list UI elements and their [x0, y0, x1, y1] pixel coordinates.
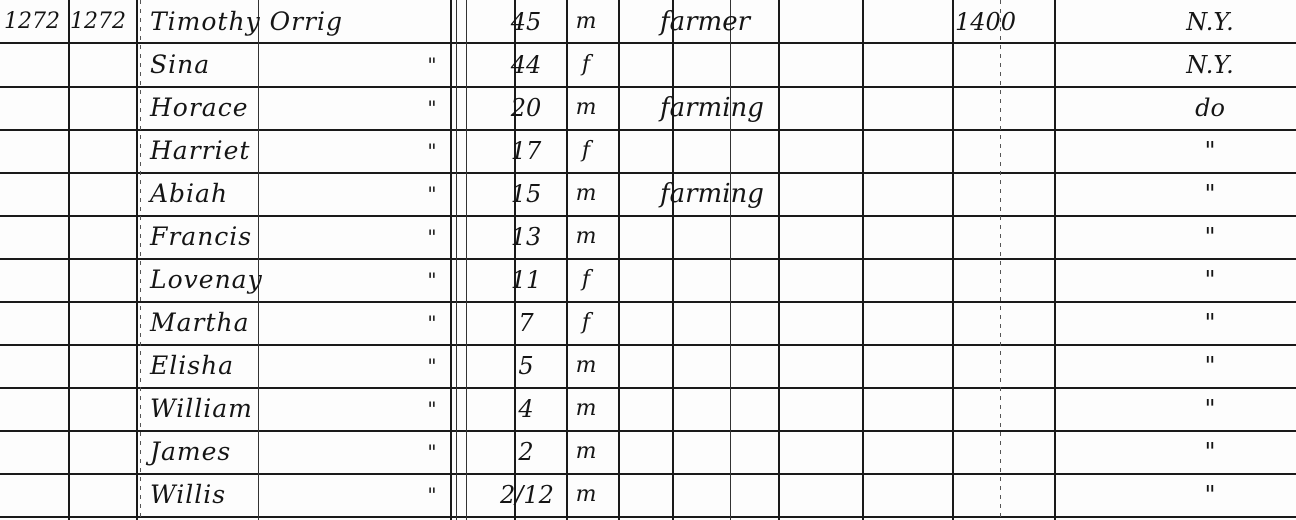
- census-row: Francis " 13 m ": [0, 215, 1296, 258]
- real-estate-value: 1400: [955, 4, 1055, 40]
- real-estate-value: [955, 176, 1055, 212]
- age: 2/12: [500, 477, 552, 513]
- surname-ditto-mark: [412, 4, 452, 40]
- sex: f: [560, 47, 612, 83]
- surname-ditto-mark: ": [412, 262, 452, 298]
- surname-ditto-mark: ": [412, 90, 452, 126]
- dwelling-number: [4, 477, 62, 513]
- family-number: [70, 133, 128, 169]
- census-row: Willis " 2/12 m ": [0, 473, 1296, 516]
- birthplace: ": [1150, 176, 1270, 212]
- dwelling-number: [4, 348, 62, 384]
- person-name: Horace: [150, 90, 410, 126]
- occupation: [660, 348, 900, 384]
- birthplace: ": [1150, 305, 1270, 341]
- age: 5: [500, 348, 552, 384]
- birthplace: ": [1150, 391, 1270, 427]
- dwelling-number: [4, 434, 62, 470]
- surname-ditto-mark: ": [412, 305, 452, 341]
- census-row: Abiah " 15 m farming ": [0, 172, 1296, 215]
- person-name: Timothy Orrig: [150, 4, 410, 40]
- dwelling-number: [4, 262, 62, 298]
- occupation: [660, 391, 900, 427]
- real-estate-value: [955, 434, 1055, 470]
- age: 4: [500, 391, 552, 427]
- occupation: [660, 305, 900, 341]
- age: 2: [500, 434, 552, 470]
- age: 20: [500, 90, 552, 126]
- census-row: Martha " 7 f ": [0, 301, 1296, 344]
- person-name: Willis: [150, 477, 410, 513]
- real-estate-value: [955, 305, 1055, 341]
- rule-line: [0, 516, 1296, 518]
- census-page: 1272 1272 Timothy Orrig 45 m farmer 1400…: [0, 0, 1296, 520]
- real-estate-value: [955, 262, 1055, 298]
- birthplace: ": [1150, 434, 1270, 470]
- surname-ditto-mark: ": [412, 133, 452, 169]
- age: 11: [500, 262, 552, 298]
- dwelling-number: [4, 47, 62, 83]
- person-name: Harriet: [150, 133, 410, 169]
- age: 13: [500, 219, 552, 255]
- surname-ditto-mark: ": [412, 434, 452, 470]
- census-row: Lovenay " 11 f ": [0, 258, 1296, 301]
- age: 45: [500, 4, 552, 40]
- person-name: William: [150, 391, 410, 427]
- family-number: [70, 391, 128, 427]
- family-number: [70, 176, 128, 212]
- occupation: [660, 133, 900, 169]
- surname-ditto-mark: ": [412, 477, 452, 513]
- family-number: 1272: [70, 4, 128, 40]
- occupation: [660, 47, 900, 83]
- birthplace: ": [1150, 133, 1270, 169]
- surname-ditto-mark: ": [412, 219, 452, 255]
- real-estate-value: [955, 391, 1055, 427]
- birthplace: do: [1150, 90, 1270, 126]
- dwelling-number: [4, 219, 62, 255]
- person-name: Abiah: [150, 176, 410, 212]
- real-estate-value: [955, 133, 1055, 169]
- dwelling-number: [4, 90, 62, 126]
- occupation: [660, 434, 900, 470]
- family-number: [70, 262, 128, 298]
- family-number: [70, 90, 128, 126]
- sex: m: [560, 176, 612, 212]
- surname-ditto-mark: ": [412, 348, 452, 384]
- surname-ditto-mark: ": [412, 391, 452, 427]
- person-name: Martha: [150, 305, 410, 341]
- real-estate-value: [955, 90, 1055, 126]
- person-name: James: [150, 434, 410, 470]
- sex: f: [560, 262, 612, 298]
- sex: m: [560, 4, 612, 40]
- census-row: Harriet " 17 f ": [0, 129, 1296, 172]
- occupation: [660, 219, 900, 255]
- real-estate-value: [955, 219, 1055, 255]
- sex: m: [560, 391, 612, 427]
- dwelling-number: 1272: [4, 4, 62, 40]
- dwelling-number: [4, 133, 62, 169]
- occupation: farming: [660, 90, 900, 126]
- real-estate-value: [955, 47, 1055, 83]
- family-number: [70, 477, 128, 513]
- birthplace: ": [1150, 348, 1270, 384]
- age: 7: [500, 305, 552, 341]
- dwelling-number: [4, 176, 62, 212]
- occupation: [660, 262, 900, 298]
- birthplace: ": [1150, 219, 1270, 255]
- census-row: Horace " 20 m farming do: [0, 86, 1296, 129]
- birthplace: N.Y.: [1150, 4, 1270, 40]
- dwelling-number: [4, 391, 62, 427]
- sex: m: [560, 477, 612, 513]
- birthplace: ": [1150, 262, 1270, 298]
- real-estate-value: [955, 477, 1055, 513]
- sex: f: [560, 305, 612, 341]
- age: 15: [500, 176, 552, 212]
- family-number: [70, 434, 128, 470]
- sex: f: [560, 133, 612, 169]
- census-row: Elisha " 5 m ": [0, 344, 1296, 387]
- birthplace: ": [1150, 477, 1270, 513]
- dwelling-number: [4, 305, 62, 341]
- surname-ditto-mark: ": [412, 176, 452, 212]
- census-row: 1272 1272 Timothy Orrig 45 m farmer 1400…: [0, 0, 1296, 43]
- sex: m: [560, 90, 612, 126]
- sex: m: [560, 348, 612, 384]
- family-number: [70, 47, 128, 83]
- person-name: Elisha: [150, 348, 410, 384]
- occupation: [660, 477, 900, 513]
- occupation: farming: [660, 176, 900, 212]
- census-row: Sina " 44 f N.Y.: [0, 43, 1296, 86]
- person-name: Lovenay: [150, 262, 410, 298]
- birthplace: N.Y.: [1150, 47, 1270, 83]
- census-row: James " 2 m ": [0, 430, 1296, 473]
- person-name: Francis: [150, 219, 410, 255]
- age: 44: [500, 47, 552, 83]
- census-row: William " 4 m ": [0, 387, 1296, 430]
- age: 17: [500, 133, 552, 169]
- real-estate-value: [955, 348, 1055, 384]
- sex: m: [560, 219, 612, 255]
- occupation: farmer: [660, 4, 900, 40]
- family-number: [70, 305, 128, 341]
- family-number: [70, 348, 128, 384]
- family-number: [70, 219, 128, 255]
- surname-ditto-mark: ": [412, 47, 452, 83]
- person-name: Sina: [150, 47, 410, 83]
- sex: m: [560, 434, 612, 470]
